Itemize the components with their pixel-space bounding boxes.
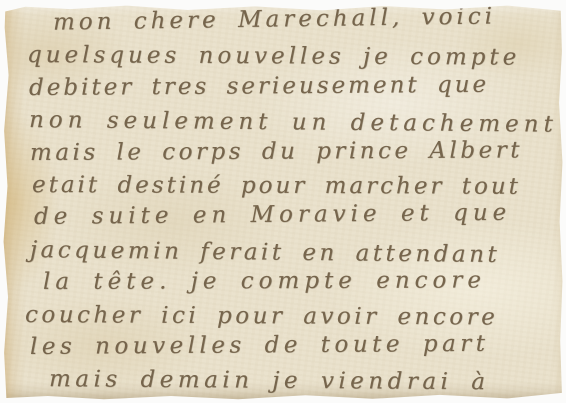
handwriting-line: mon chere Marechall, voici — [25, 0, 557, 39]
handwritten-text-block: mon chere Marechall, voici quelsques nou… — [25, 7, 557, 396]
handwriting-line: debiter tres serieusement que — [25, 68, 557, 104]
handwriting-line: la tête. je compte encore — [25, 264, 557, 298]
letter-scan: mon chere Marechall, voici quelsques nou… — [0, 0, 566, 403]
handwriting-line: les nouvelles de toute part — [25, 327, 557, 363]
letter-paper: mon chere Marechall, voici quelsques nou… — [3, 4, 563, 400]
handwriting-line: mais demain je viendrai à — [25, 363, 557, 399]
handwriting-line: de suite en Moravie et que — [25, 197, 557, 234]
handwriting-line: mais le corps du prince Albert — [25, 134, 557, 169]
